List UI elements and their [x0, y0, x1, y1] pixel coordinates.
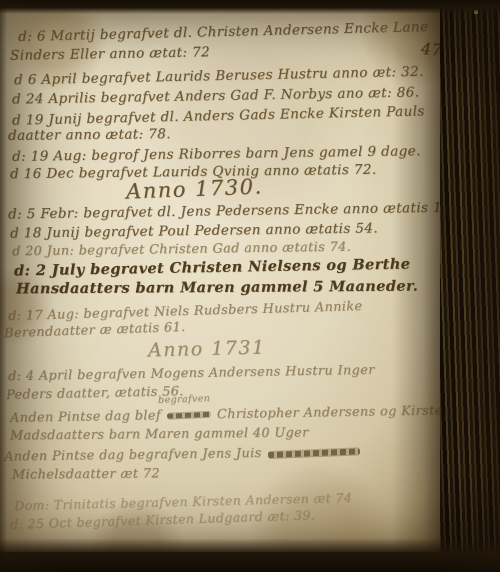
register-entry-line: d: 6 Martij begrafvet dl. Christen Ander…: [18, 19, 429, 45]
register-entry-line: Madsdaatters barn Maren gammel 40 Uger: [10, 425, 309, 443]
register-entry-line: d: 2 July begravet Christen Nielsens og …: [14, 256, 411, 280]
year-heading-1730: Anno 1730.: [126, 174, 263, 203]
register-entry-line: Sinders Eller anno ætat: 72: [10, 44, 210, 63]
register-entry-line: d 20 Jun: begrafvet Christen Gad anno æt…: [12, 240, 351, 260]
register-entry-line: d 19 Junij begrafvet dl. Anders Gads Enc…: [12, 103, 425, 128]
register-entry-line-amended: Anden Pintse dag blefChristopher Anderse…: [10, 403, 451, 426]
register-entry-line: d 18 Junij begrafvet Poul Pedersen anno …: [10, 220, 378, 241]
register-entry-line: daatter anno ætat: 78.: [8, 126, 171, 144]
entry-text-before-strike: Anden Pintse dag blef: [10, 408, 161, 426]
register-entry-line-amended: Anden Pintse dag begrafven Jens Juis: [4, 444, 366, 464]
inserted-word: begrafven: [158, 393, 211, 406]
year-heading-1731: Anno 1731: [148, 336, 266, 361]
manuscript-photo: d: 6 Martij begrafvet dl. Christen Ander…: [0, 0, 500, 572]
register-entry-line: Michelsdaatter æt 72: [12, 466, 160, 482]
strikethrough-scribble: [167, 412, 211, 419]
strikethrough-scribble: [267, 448, 359, 458]
register-entry-line: d: 5 Febr: begrafvet dl. Jens Pedersens …: [8, 199, 460, 222]
entry-text-after-strike: Christopher Andersens og Kirsten: [217, 403, 452, 422]
dust-speck: [474, 10, 478, 14]
entry-text: Anden Pintse dag begrafven Jens Juis: [4, 446, 262, 465]
page-number: 47.: [420, 39, 448, 60]
handwriting-layer: d: 6 Martij begrafvet dl. Christen Ander…: [0, 0, 500, 572]
register-entry-line: Hansdaatters barn Maren gammel 5 Maanede…: [16, 278, 418, 298]
register-entry-line: d: 4 April begrafven Mogens Andersens Hu…: [8, 363, 375, 384]
